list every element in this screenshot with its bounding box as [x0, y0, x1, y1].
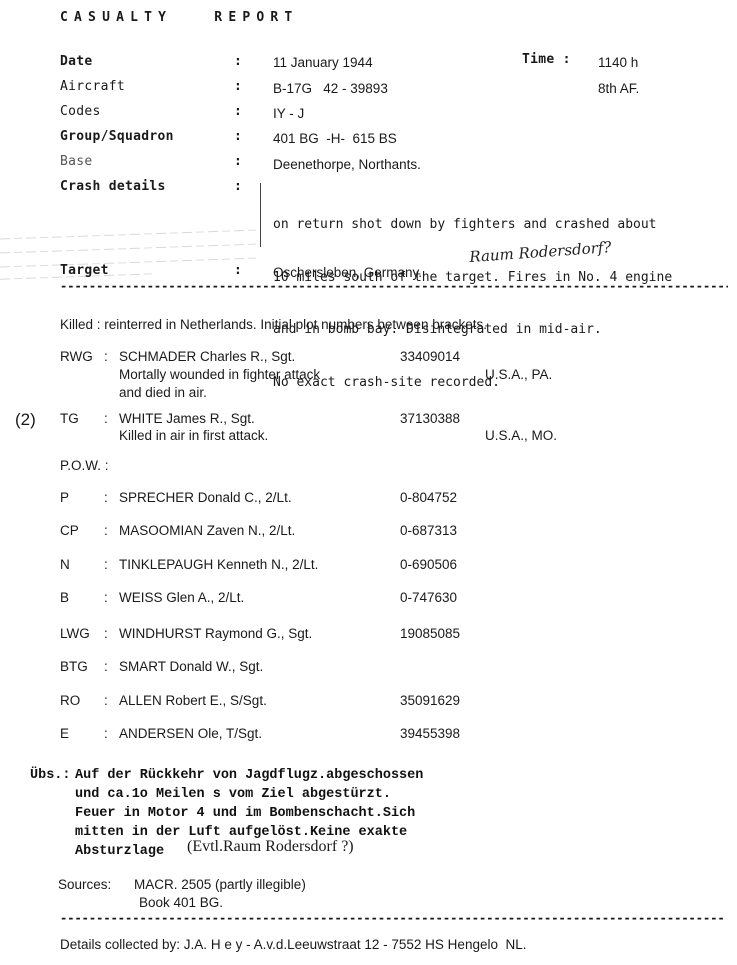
codes-value: IY - J	[273, 106, 304, 121]
separator: ----------------------------------------…	[60, 279, 728, 293]
target-label: Target	[60, 263, 109, 278]
crew-serial: 39455398	[400, 725, 460, 743]
base-label: Base	[60, 154, 93, 169]
translation-prefix: Übs.:	[30, 766, 71, 785]
target-value: Oschersleben, Germany.	[273, 265, 422, 280]
colon: :	[234, 54, 242, 69]
codes-label: Codes	[60, 104, 101, 119]
crew-name: WEISS Glen A., 2/Lt.	[119, 589, 244, 607]
colon: :	[234, 154, 242, 169]
crew-position: RWG	[60, 348, 93, 366]
crew-name: SMART Donald W., Sgt.	[119, 658, 263, 676]
separator: ----------------------------------------…	[60, 911, 724, 925]
crew-position: N	[60, 556, 70, 574]
crew-name: TINKLEPAUGH Kenneth N., 2/Lt.	[119, 556, 318, 574]
colon: :	[104, 489, 108, 507]
air-force-value: 8th AF.	[598, 81, 639, 96]
crew-position: CP	[60, 522, 79, 540]
crew-position: E	[60, 725, 69, 743]
crew-name: WHITE James R., Sgt.	[119, 410, 255, 428]
colon: :	[104, 625, 108, 643]
crew-serial: 0-747630	[400, 589, 457, 607]
crew-origin: U.S.A., PA.	[485, 366, 552, 384]
crew-name: MASOOMIAN Zaven N., 2/Lt.	[119, 522, 295, 540]
colon: :	[104, 658, 108, 676]
translation-handnote: (Evtl.Raum Rodersdorf ?)	[187, 838, 354, 856]
report-title: CASUALTY REPORT	[60, 10, 298, 25]
translation-line: Auf der Rückkehr von Jagdflugz.abgeschos…	[75, 766, 423, 785]
source-line: Book 401 BG.	[139, 894, 223, 912]
crew-position: BTG	[60, 658, 88, 676]
crew-note: and died in air.	[119, 384, 207, 402]
colon: :	[104, 692, 108, 710]
aircraft-value: B-17G 42 - 39893	[273, 81, 388, 96]
crew-name: ANDERSEN Ole, T/Sgt.	[119, 725, 262, 743]
plot-marker: (2)	[15, 410, 36, 430]
colon: :	[104, 410, 108, 428]
crash-details-text: on return shot down by fighters and cras…	[273, 181, 672, 409]
footer-collected-by: Details collected by: J.A. H e y - A.v.d…	[60, 937, 526, 952]
date-label: Date	[60, 54, 93, 69]
sources-label: Sources:	[58, 876, 111, 894]
crew-position: TG	[60, 410, 79, 428]
colon: :	[234, 79, 242, 94]
faint-margin-handwriting	[0, 198, 260, 258]
colon: :	[234, 263, 242, 278]
crew-position: B	[60, 589, 69, 607]
translation-line: und ca.1o Meilen s vom Ziel abgestürzt.	[75, 785, 391, 804]
group-squadron-value: 401 BG -H- 615 BS	[273, 131, 397, 146]
crash-details-label: Crash details	[60, 179, 166, 194]
crew-serial: 37130388	[400, 410, 460, 428]
crew-serial: 33409014	[400, 348, 460, 366]
crew-serial: 19085085	[400, 625, 460, 643]
colon: :	[104, 589, 108, 607]
colon: :	[234, 104, 242, 119]
crew-serial: 35091629	[400, 692, 460, 710]
translation-line: Feuer in Motor 4 und im Bombenschacht.Si…	[75, 804, 415, 823]
margin-bar	[260, 183, 261, 247]
crew-position: RO	[60, 692, 80, 710]
crew-name: SPRECHER Donald C., 2/Lt.	[119, 489, 292, 507]
time-value: 1140 h	[598, 55, 638, 70]
source-line: MACR. 2505 (partly illegible)	[134, 876, 306, 894]
colon: :	[234, 179, 242, 194]
group-squadron-label: Group/Squadron	[60, 129, 174, 144]
crew-position: LWG	[60, 625, 90, 643]
colon: :	[104, 725, 108, 743]
crew-position: P	[60, 489, 69, 507]
crew-name: WINDHURST Raymond G., Sgt.	[119, 625, 312, 643]
crew-serial: 0-804752	[400, 489, 457, 507]
crew-name: ALLEN Robert E., S/Sgt.	[119, 692, 267, 710]
translation-line: Absturzlage	[75, 842, 164, 861]
crew-origin: U.S.A., MO.	[485, 427, 557, 445]
colon: :	[234, 129, 242, 144]
killed-heading: Killed : reinterred in Netherlands. Init…	[60, 317, 487, 332]
crew-serial: 0-690506	[400, 556, 457, 574]
aircraft-label: Aircraft	[60, 79, 125, 94]
date-value: 11 January 1944	[273, 55, 373, 70]
colon: :	[104, 348, 108, 366]
colon: :	[104, 522, 108, 540]
crew-note: Killed in air in first attack.	[119, 427, 268, 445]
pow-heading: P.O.W. :	[60, 457, 109, 475]
time-label: Time :	[522, 52, 571, 67]
colon: :	[104, 556, 108, 574]
crew-serial: 0-687313	[400, 522, 457, 540]
crew-note: Mortally wounded in fighter attack	[119, 366, 320, 384]
crew-name: SCHMADER Charles R., Sgt.	[119, 348, 295, 366]
base-value: Deenethorpe, Northants.	[273, 157, 421, 172]
crash-line: on return shot down by fighters and cras…	[273, 216, 672, 234]
crash-line: No exact crash-site recorded.	[273, 374, 672, 392]
